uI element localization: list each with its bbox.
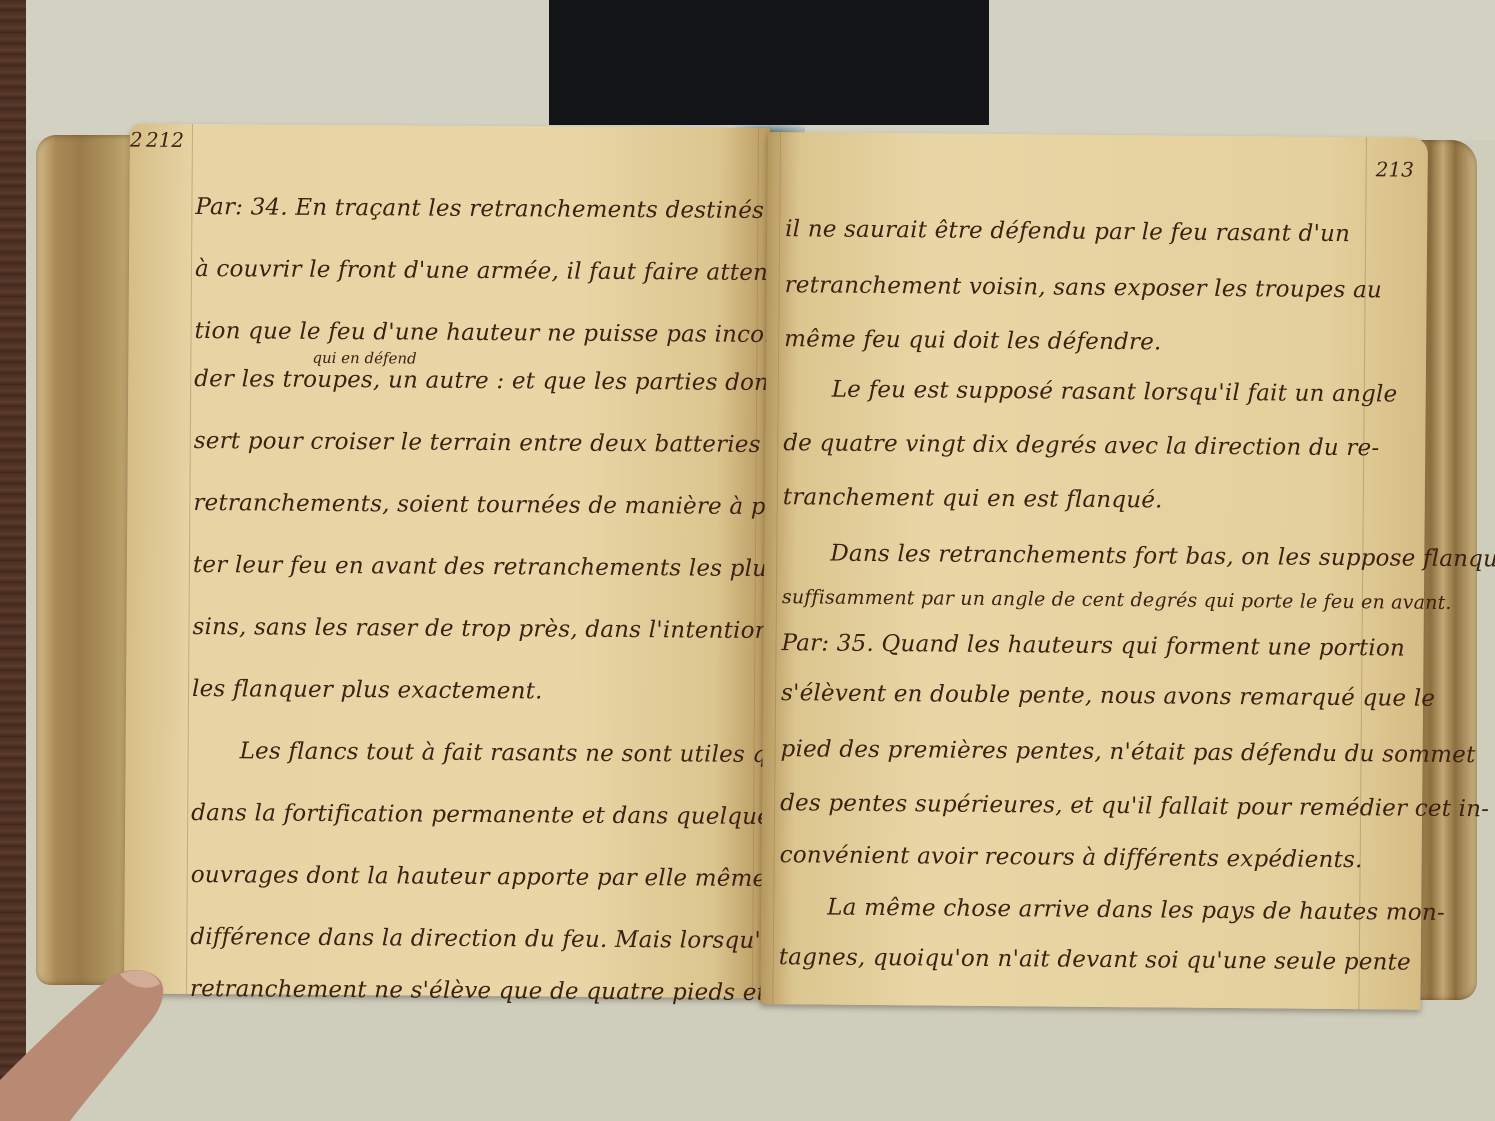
page-number: 212 <box>146 128 184 152</box>
text-line: retranchement ne s'élève que de quatre p… <box>190 976 840 1007</box>
text-line: Les flancs tout à fait rasants ne sont u… <box>192 738 797 768</box>
text-line: il ne saurait être défendu par le feu ra… <box>785 216 1350 247</box>
text-line: s'élèvent en double pente, nous avons re… <box>781 680 1435 712</box>
text-line: convénient avoir recours à différents ex… <box>780 842 1363 873</box>
text-line: tion que le feu d'une hauteur ne puisse … <box>194 318 830 348</box>
left-page: 2 212 Par: 34. En traçant les retranchem… <box>124 124 770 998</box>
text-line: der les troupes, un autre : et que les p… <box>194 366 848 397</box>
text-line: même feu qui doit les défendre. <box>784 326 1161 355</box>
right-page-text: il ne saurait être défendu par le feu ra… <box>778 204 1365 999</box>
page-number-prefix: 2 <box>130 128 143 152</box>
text-line: de quatre vingt dix degrés avec la direc… <box>783 430 1379 461</box>
black-backboard <box>549 0 989 125</box>
text-line: pied des premières pentes, n'était pas d… <box>781 736 1476 768</box>
right-page: 213 il ne saurait être défendu par le fe… <box>760 132 1428 1010</box>
text-line: sins, sans les raser de trop près, dans … <box>192 614 806 644</box>
text-line: retranchement voisin, sans exposer les t… <box>785 272 1383 303</box>
page-number: 213 <box>1376 157 1414 181</box>
text-line: ter leur feu en avant des retranchements… <box>193 552 830 582</box>
text-line: Le feu est supposé rasant lorsqu'il fait… <box>784 376 1398 407</box>
text-line: différence dans la direction du feu. Mai… <box>190 924 791 954</box>
text-line: Par: 34. En traçant les retranchements d… <box>195 194 764 224</box>
text-line: à couvrir le front d'une armée, il faut … <box>195 256 776 286</box>
text-line: retranchements, soient tournées de maniè… <box>193 490 799 520</box>
text-line: les flanquer plus exactement. <box>192 676 543 704</box>
text-line: La même chose arrive dans les pays de ha… <box>779 894 1445 926</box>
interlinear-insertion: qui en défend <box>312 349 416 368</box>
text-line: tagnes, quoiqu'on n'ait devant soi qu'un… <box>779 944 1411 976</box>
text-line: dans la fortification permanente et dans… <box>191 800 783 830</box>
text-line: sert pour croiser le terrain entre deux … <box>194 428 798 458</box>
text-line: Par: 35. Quand les hauteurs qui forment … <box>781 630 1405 661</box>
text-line: des pentes supérieures, et qu'il fallait… <box>780 790 1489 822</box>
wooden-table-edge <box>0 0 26 1121</box>
left-page-text: Par: 34. En traçant les retranchements d… <box>190 184 756 988</box>
text-line: ouvrages dont la hauteur apporte par ell… <box>191 862 818 892</box>
text-line: tranchement qui en est flanqué. <box>783 484 1163 513</box>
finger-holding-page <box>0 960 170 1121</box>
text-line: Dans les retranchements fort bas, on les… <box>782 540 1495 572</box>
text-line: suffisamment par un angle de cent degrés… <box>782 586 1452 614</box>
